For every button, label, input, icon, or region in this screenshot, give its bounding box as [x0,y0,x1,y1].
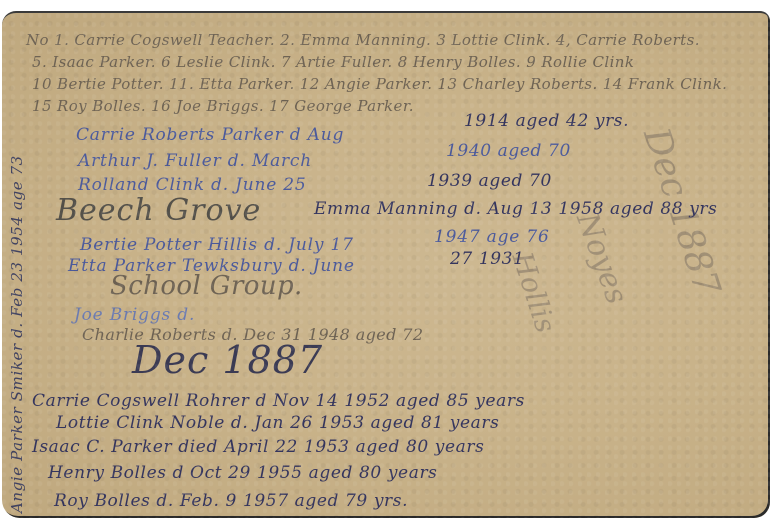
entry-roy-bolles: Roy Bolles d. Feb. 9 1957 aged 79 yrs. [54,491,408,511]
margin-note-angie-parker: Angie Parker Smiker d. Feb 23 1954 age 7… [8,155,26,513]
entry-lottie-clink: Lottie Clink Noble d. Jan 26 1953 aged 8… [56,413,499,433]
roster-line-1: No 1. Carrie Cogswell Teacher. 2. Emma M… [26,31,700,49]
entry-arthur-fuller: Arthur J. Fuller d. March [78,151,312,171]
roster-line-3: 10 Bertie Potter. 11. Etta Parker. 12 An… [32,75,727,93]
entry-carrie-roberts: Carrie Roberts Parker d Aug [76,125,344,145]
entry-rolland-clink: Rolland Clink d. June 25 [78,175,307,195]
entry-emma-manning: Emma Manning d. Aug 13 1958 aged 88 yrs [314,199,717,219]
heading-school-group: School Group. [110,271,303,301]
entry-carrie-cogswell: Carrie Cogswell Rohrer d Nov 14 1952 age… [32,391,525,411]
roster-line-4: 15 Roy Bolles. 16 Joe Briggs. 17 George … [32,97,414,115]
entry-carrie-roberts-date: 1914 aged 42 yrs. [464,111,629,131]
entry-bertie-potter: Bertie Potter Hillis d. July 17 [80,235,354,255]
heading-beech-grove: Beech Grove [56,193,261,228]
entry-rolland-clink-date: 1939 aged 70 [427,171,552,191]
heading-dec-1887: Dec 1887 [132,338,323,382]
entry-etta-parker-date: 27 1931 [450,249,525,269]
entry-isaac-parker: Isaac C. Parker died April 22 1953 aged … [32,437,484,457]
entry-bertie-potter-date: 1947 age 76 [434,227,550,247]
handwritten-card: Dec 1887 Noyes Hollis No 1. Carrie Cogsw… [2,11,770,518]
roster-line-2: 5. Isaac Parker. 6 Leslie Clink. 7 Artie… [32,53,634,71]
entry-arthur-fuller-date: 1940 aged 70 [446,141,571,161]
entry-henry-bolles: Henry Bolles d Oct 29 1955 aged 80 years [48,463,438,483]
faint-pencil-noyes: Noyes [569,208,634,309]
entry-joe-briggs: Joe Briggs d. [74,305,195,325]
